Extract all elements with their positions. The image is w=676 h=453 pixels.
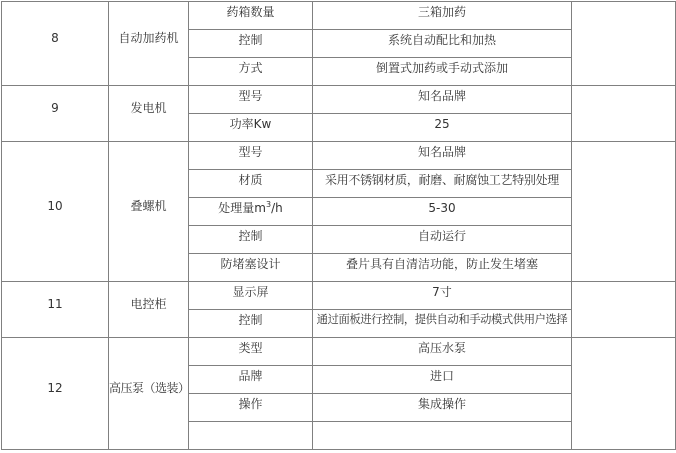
param-cell: 型号: [189, 142, 313, 170]
param-value: 进口: [313, 366, 571, 383]
table-row: 11 电控柜 显示屏 7寸: [2, 282, 676, 310]
table-row: 12 高压泵（选装） 类型 高压水泵: [2, 338, 676, 366]
item-number: 12: [47, 381, 62, 395]
value-cell: 叠片具有自清洁功能，防止发生堵塞: [313, 254, 572, 282]
param-value: 5-30: [313, 198, 571, 215]
param-cell: 药箱数量: [189, 2, 313, 30]
table-row: 10 叠螺机 型号 知名品牌: [2, 142, 676, 170]
equipment-name: 高压泵（选装）: [109, 381, 190, 395]
param-cell: 类型: [189, 338, 313, 366]
param-label: 显示屏: [189, 282, 312, 299]
param-label: 型号: [189, 142, 312, 159]
item-number: 8: [51, 31, 59, 45]
param-value: 通过面板进行控制，提供自动和手动模式供用户选择: [313, 310, 571, 327]
value-cell: 知名品牌: [313, 142, 572, 170]
item-number-cell: 8: [2, 2, 109, 86]
param-value: 集成操作: [313, 394, 571, 411]
param-label: 功率Kw: [189, 114, 312, 131]
equipment-name: 发电机: [130, 101, 166, 115]
param-value: 7寸: [313, 282, 571, 299]
param-cell: 防堵塞设计: [189, 254, 313, 282]
value-cell: 集成操作: [313, 394, 572, 422]
equipment-name-cell: 自动加药机: [109, 2, 189, 86]
param-value: 倒置式加药或手动式添加: [313, 58, 571, 75]
remark-cell: [572, 142, 676, 282]
param-value: 25: [313, 114, 571, 131]
value-cell: 通过面板进行控制，提供自动和手动模式供用户选择: [313, 310, 572, 338]
item-number-cell: 11: [2, 282, 109, 338]
item-number-cell: 10: [2, 142, 109, 282]
value-cell: 7寸: [313, 282, 572, 310]
param-cell: 控制: [189, 30, 313, 58]
value-cell: 进口: [313, 366, 572, 394]
equipment-name-cell: 电控柜: [109, 282, 189, 338]
item-number: 10: [47, 199, 62, 213]
param-value: 系统自动配比和加热: [313, 30, 571, 47]
param-cell: 品牌: [189, 366, 313, 394]
param-cell: 控制: [189, 226, 313, 254]
param-value: 采用不锈钢材质，耐磨、耐腐蚀工艺特别处理: [313, 170, 571, 187]
item-number-cell: 12: [2, 338, 109, 450]
param-value: 自动运行: [313, 226, 571, 243]
param-value: 高压水泵: [313, 338, 571, 355]
value-cell: 知名品牌: [313, 86, 572, 114]
remark-cell: [572, 86, 676, 142]
value-cell: 采用不锈钢材质，耐磨、耐腐蚀工艺特别处理: [313, 170, 572, 198]
equipment-name-cell: 高压泵（选装）: [109, 338, 189, 450]
param-cell: 控制: [189, 310, 313, 338]
param-cell: 功率Kw: [189, 114, 313, 142]
param-label: 控制: [189, 30, 312, 47]
equipment-name: 电控柜: [130, 297, 166, 311]
value-cell: [313, 422, 572, 450]
item-number: 9: [51, 101, 59, 115]
param-value: [313, 422, 571, 425]
equipment-name: 叠螺机: [130, 199, 166, 213]
param-label: 品牌: [189, 366, 312, 383]
param-label: [189, 422, 312, 425]
equipment-name-cell: 发电机: [109, 86, 189, 142]
param-value: 三箱加药: [313, 2, 571, 19]
value-cell: 三箱加药: [313, 2, 572, 30]
param-cell: 型号: [189, 86, 313, 114]
param-cell: 操作: [189, 394, 313, 422]
remark-cell: [572, 338, 676, 450]
param-cell: 处理量m3/h: [189, 198, 313, 226]
item-number-cell: 9: [2, 86, 109, 142]
param-cell: [189, 422, 313, 450]
param-label: 药箱数量: [189, 2, 312, 19]
value-cell: 5-30: [313, 198, 572, 226]
table-row: 8 自动加药机 药箱数量 三箱加药: [2, 2, 676, 30]
value-cell: 25: [313, 114, 572, 142]
param-cell: 方式: [189, 58, 313, 86]
table-row: 9 发电机 型号 知名品牌: [2, 86, 676, 114]
remark-cell: [572, 2, 676, 86]
item-number: 11: [47, 297, 62, 311]
equipment-spec-table: 8 自动加药机 药箱数量 三箱加药 控制 系统自动配比和加热 方式 倒置式加药或…: [1, 1, 676, 450]
param-label: 方式: [189, 58, 312, 75]
param-label: 类型: [189, 338, 312, 355]
param-value: 知名品牌: [313, 142, 571, 159]
param-cell: 材质: [189, 170, 313, 198]
param-label: 材质: [189, 170, 312, 187]
param-label: 操作: [189, 394, 312, 411]
param-value: 叠片具有自清洁功能，防止发生堵塞: [313, 254, 571, 271]
param-label: 控制: [189, 310, 312, 327]
param-label: 处理量m3/h: [189, 198, 312, 215]
equipment-name-cell: 叠螺机: [109, 142, 189, 282]
remark-cell: [572, 282, 676, 338]
value-cell: 系统自动配比和加热: [313, 30, 572, 58]
value-cell: 高压水泵: [313, 338, 572, 366]
param-cell: 显示屏: [189, 282, 313, 310]
param-label: 型号: [189, 86, 312, 103]
value-cell: 自动运行: [313, 226, 572, 254]
param-value: 知名品牌: [313, 86, 571, 103]
param-label: 控制: [189, 226, 312, 243]
param-label: 防堵塞设计: [189, 254, 312, 271]
equipment-name: 自动加药机: [118, 31, 178, 45]
value-cell: 倒置式加药或手动式添加: [313, 58, 572, 86]
